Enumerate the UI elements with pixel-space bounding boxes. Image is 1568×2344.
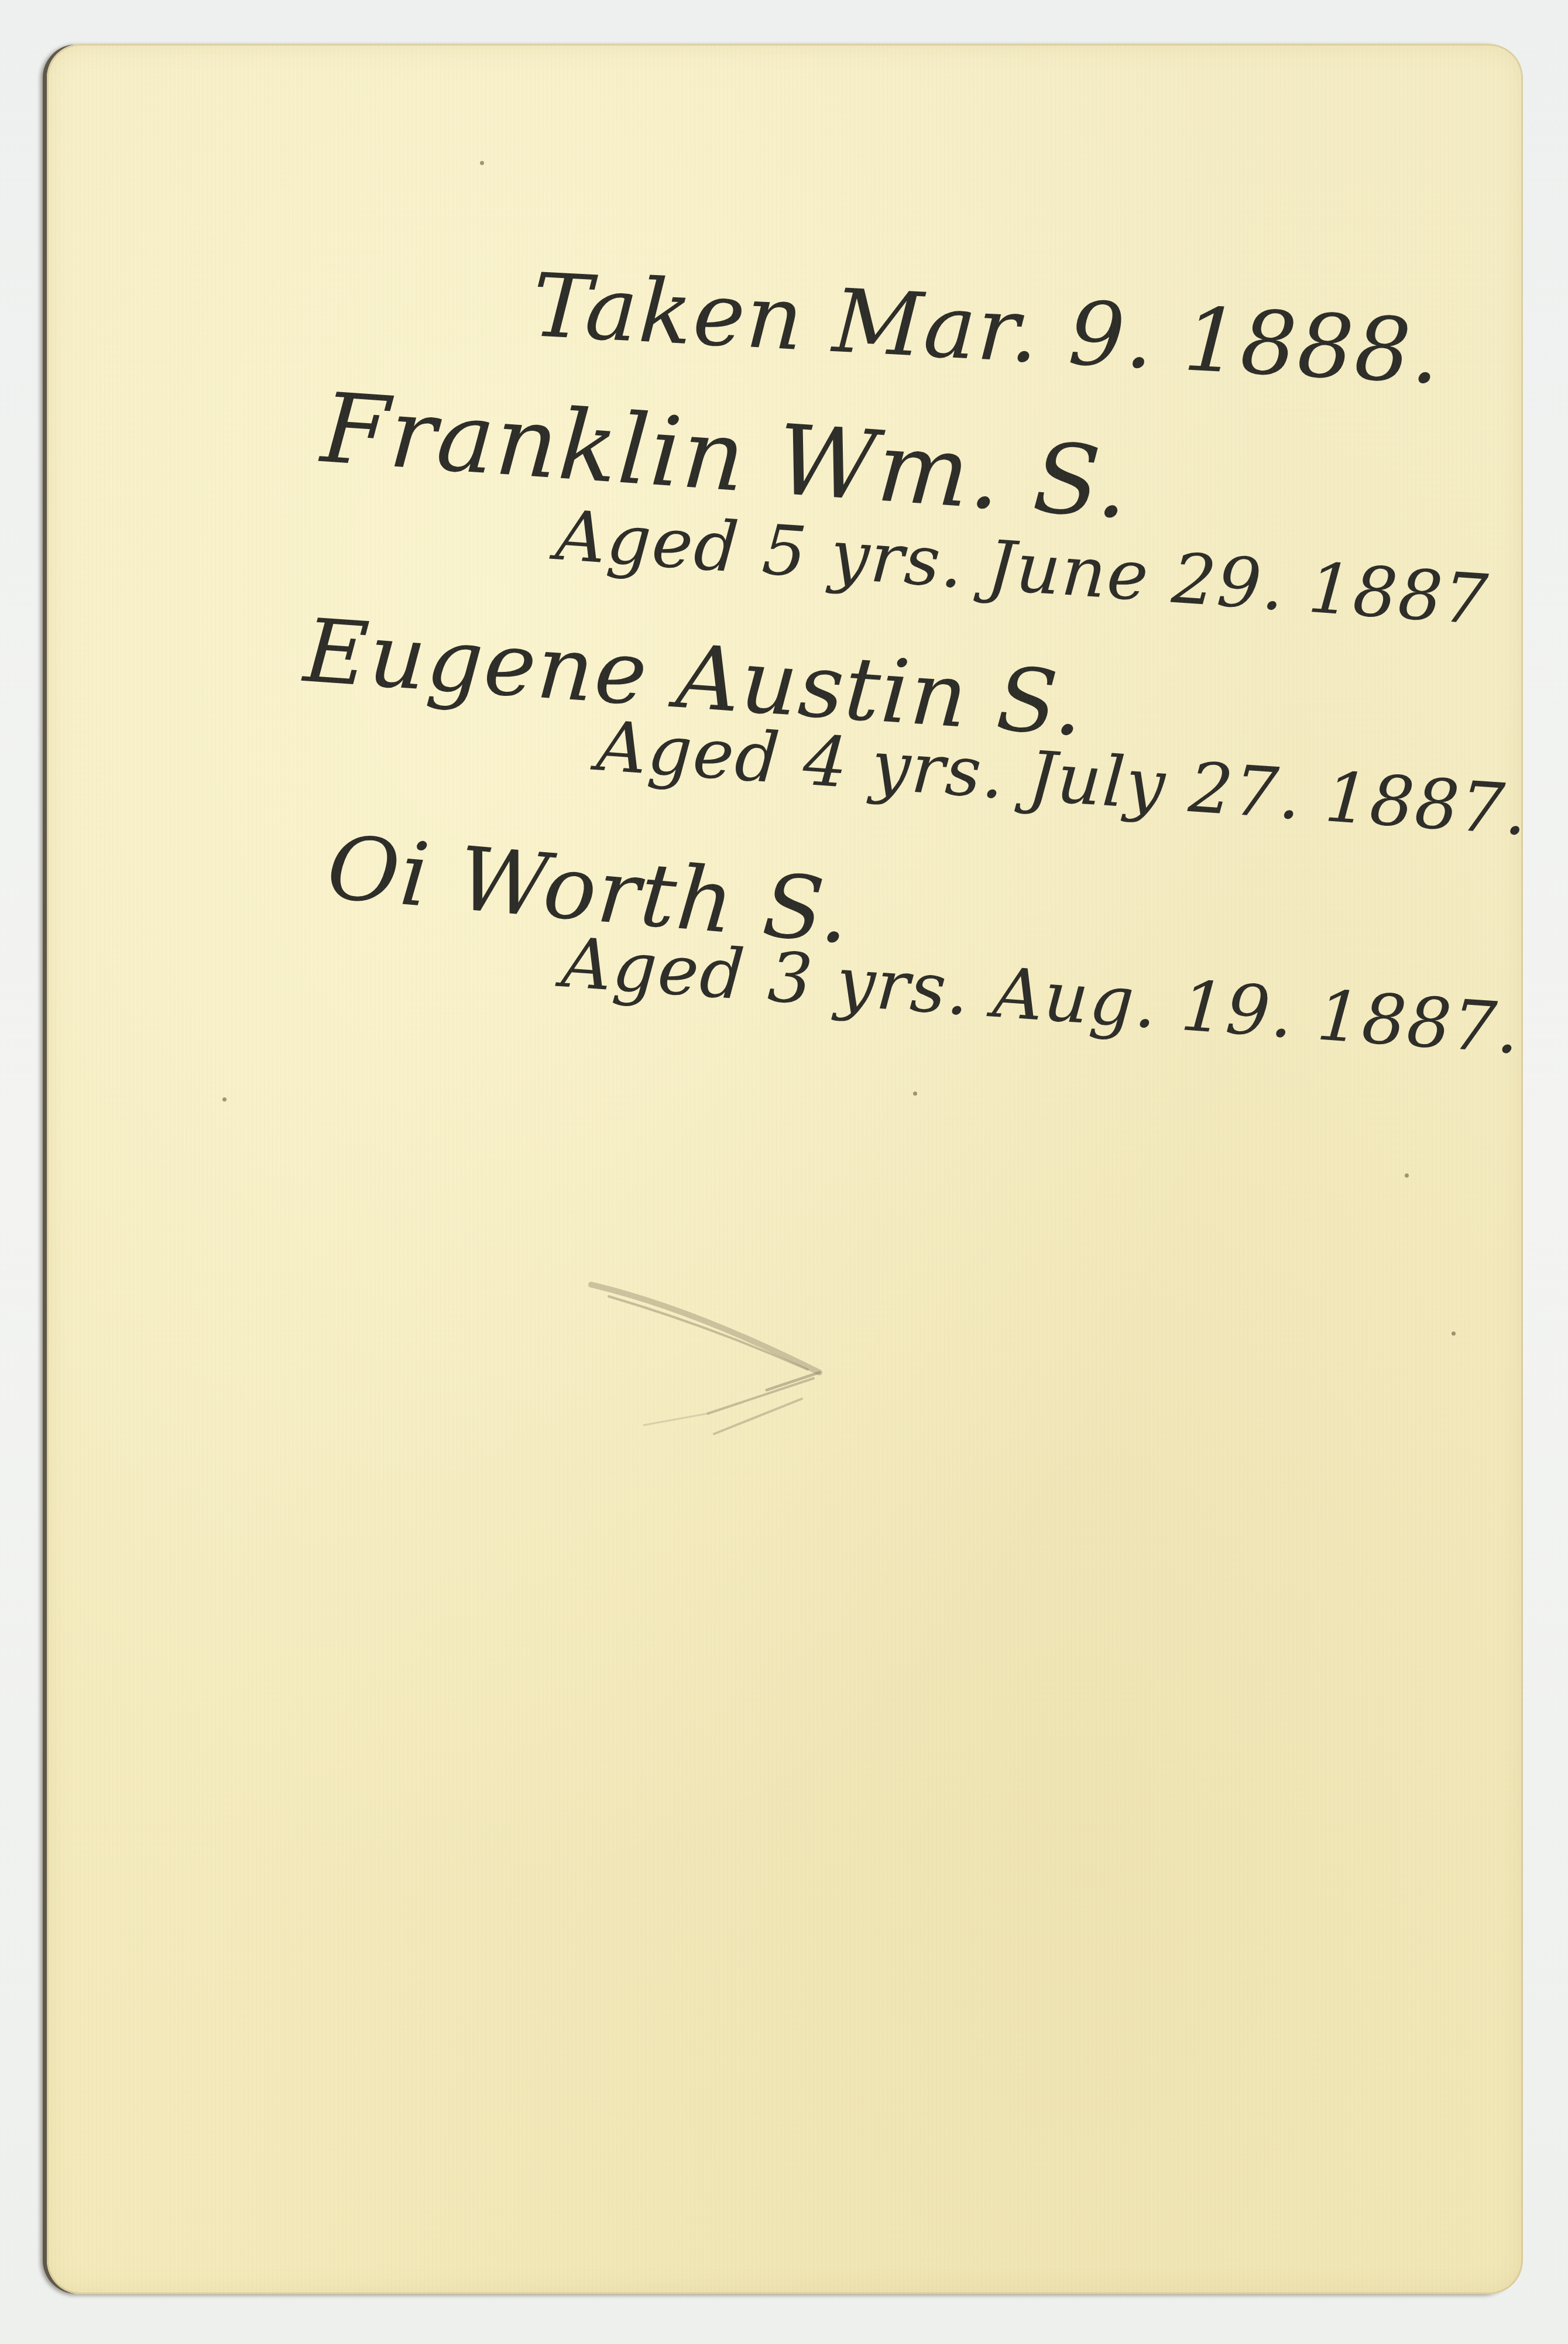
date-taken-line: Taken Mar. 9. 1888. <box>530 255 1443 404</box>
paper-speck <box>1452 1331 1456 1336</box>
photo-card-back: Taken Mar. 9. 1888. Franklin Wm. S. Aged… <box>47 44 1523 2294</box>
scan-background: Taken Mar. 9. 1888. Franklin Wm. S. Aged… <box>0 0 1568 2344</box>
pencil-sketch-mark <box>574 1261 843 1449</box>
paper-speck <box>913 1092 917 1096</box>
paper-speck <box>222 1097 227 1101</box>
child-age-oi: Aged 3 yrs. Aug. 19. 1887. <box>559 922 1523 1069</box>
paper-speck <box>480 161 484 165</box>
paper-speck <box>1405 1173 1409 1178</box>
